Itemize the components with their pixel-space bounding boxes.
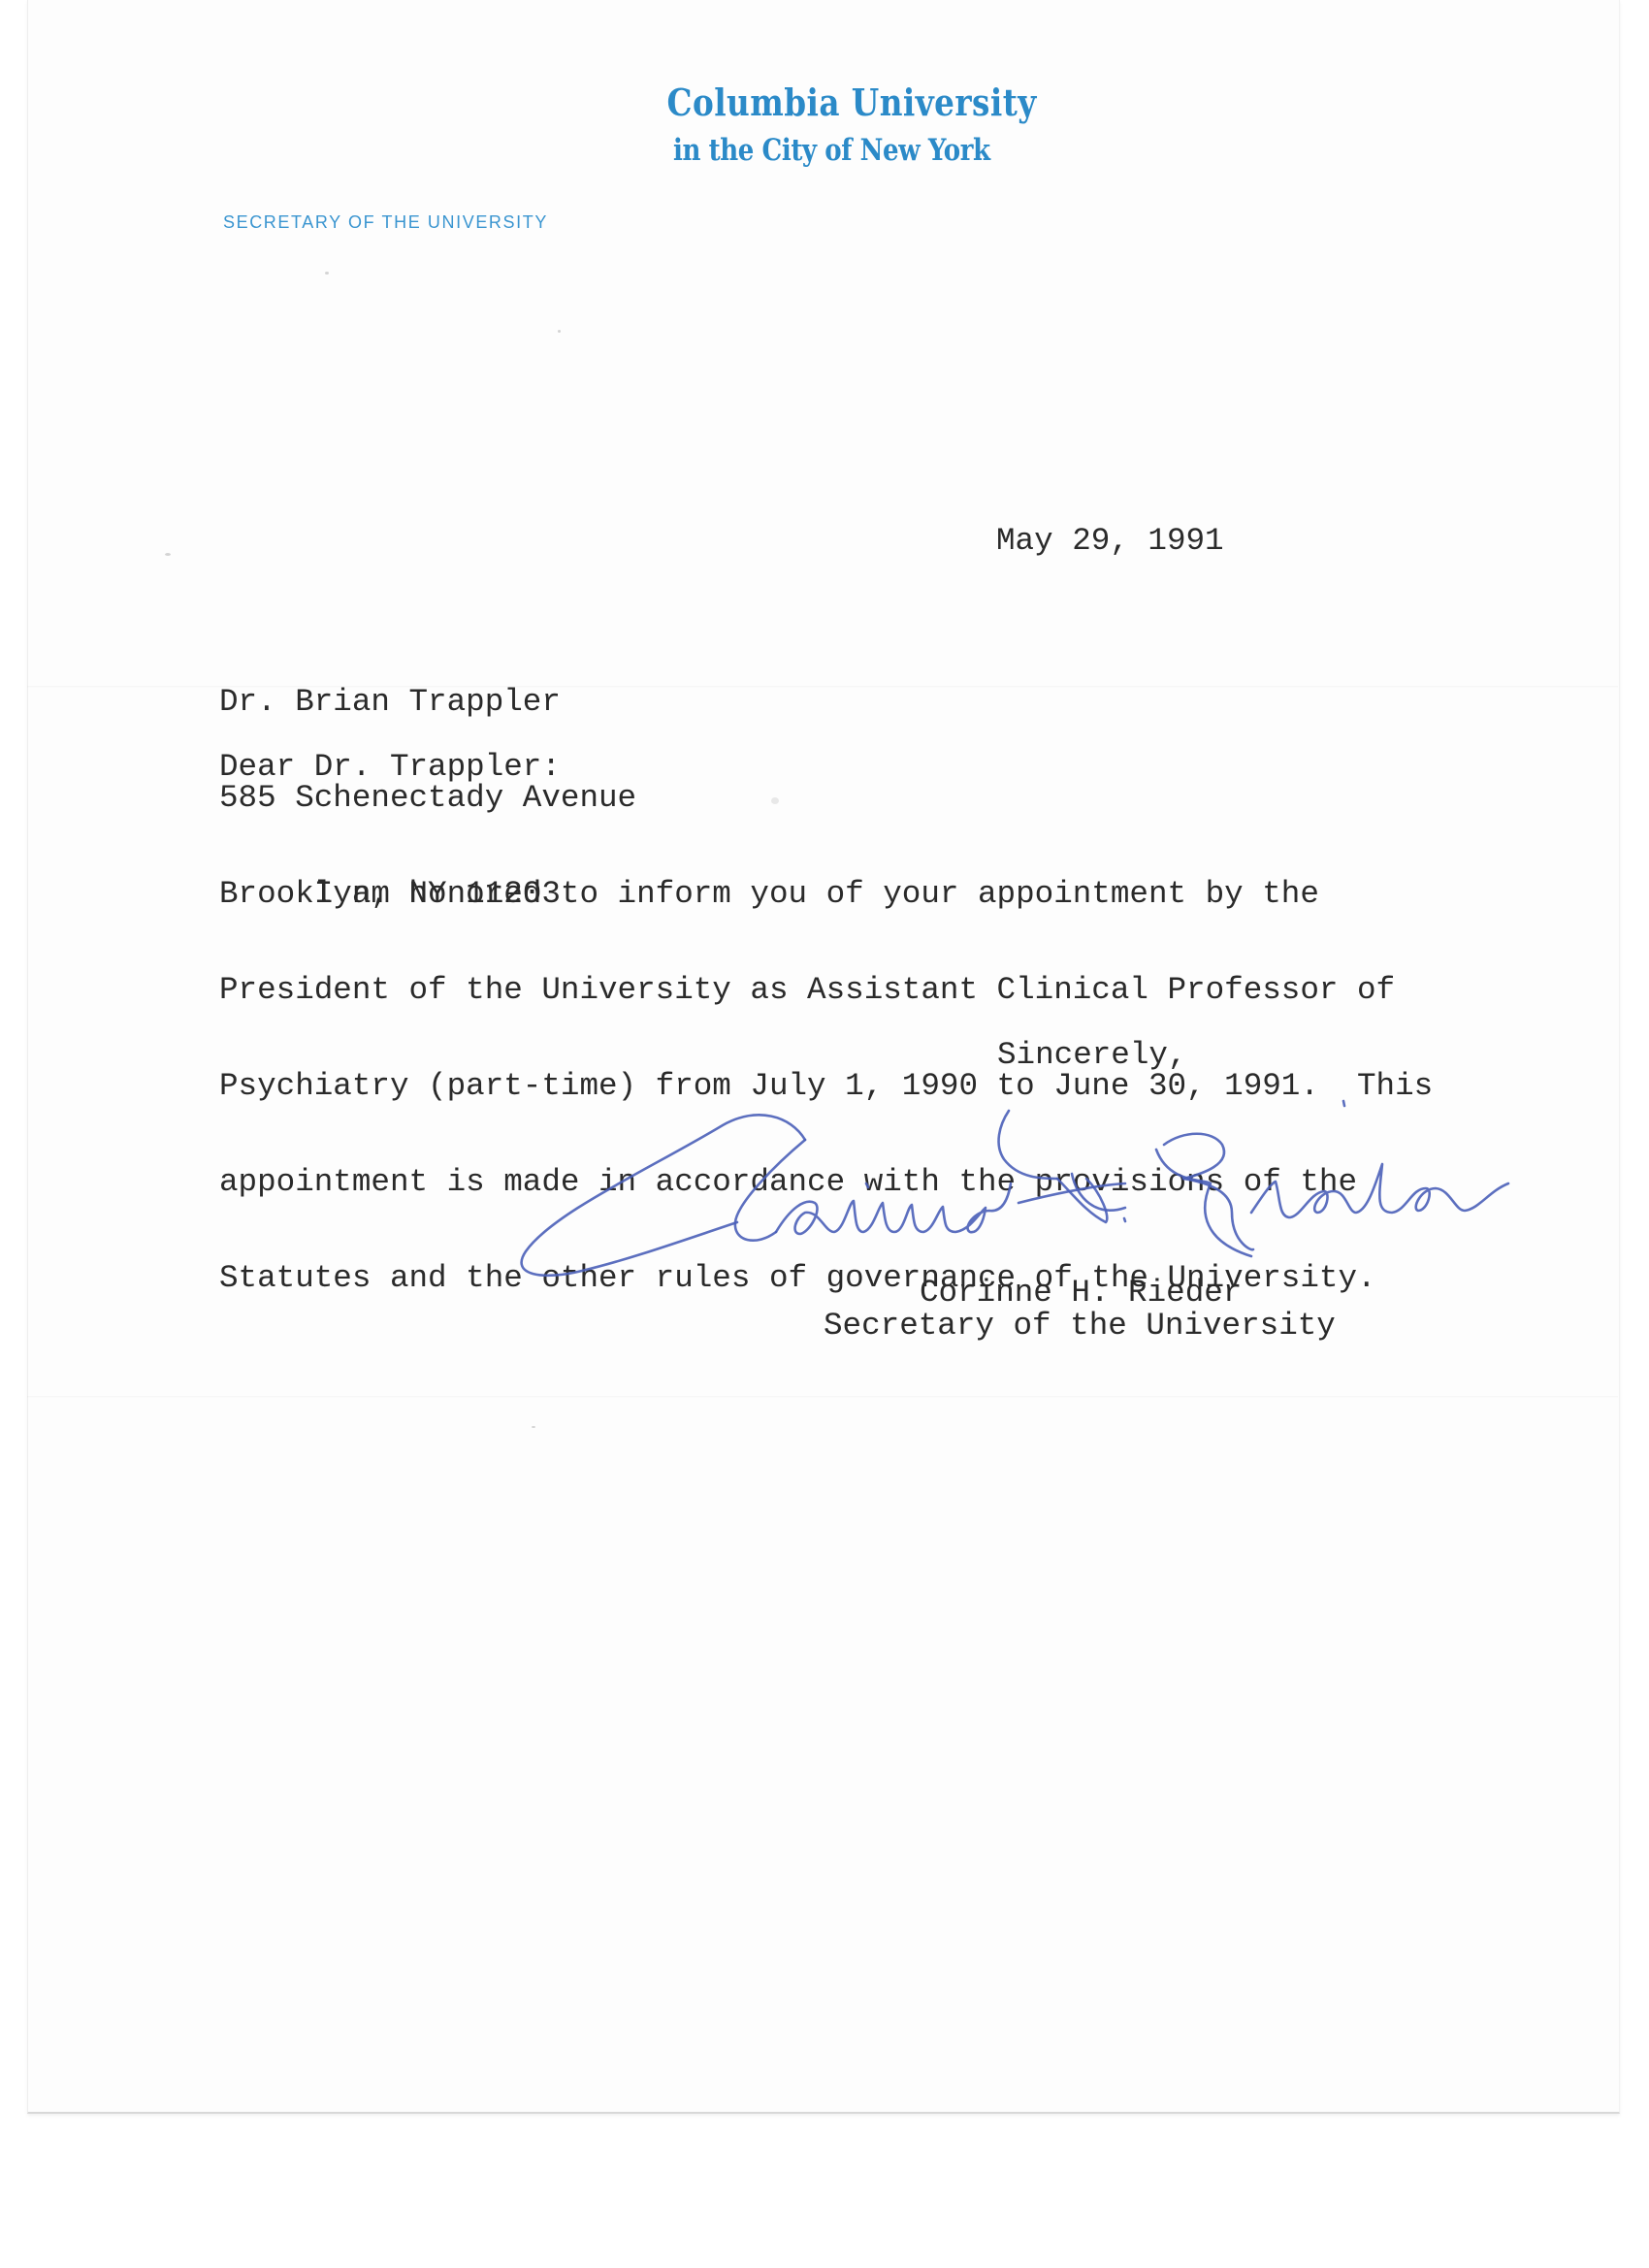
letterhead-location: in the City of New York [673, 132, 990, 169]
letter-date: May 29, 1991 [996, 525, 1224, 557]
scan-speck [532, 1426, 535, 1428]
body-line: President of the University as Assistant… [219, 974, 1433, 1006]
signatory-title: Secretary of the University [824, 1310, 1336, 1342]
letterhead-institution: Columbia University [650, 81, 1053, 124]
body-line: I am honored to inform you of your appoi… [219, 878, 1433, 910]
signatory-name: Corinne H. Rieder [920, 1277, 1242, 1309]
scan-speck [165, 553, 171, 556]
paper-fold-line [27, 1396, 1618, 1398]
scan-speck [558, 330, 561, 333]
letterhead-office: SECRETARY OF THE UNIVERSITY [223, 212, 548, 233]
recipient-street: 585 Schenectady Avenue [219, 782, 636, 814]
handwritten-signature [514, 1086, 1533, 1300]
salutation: Dear Dr. Trappler: [219, 751, 561, 783]
scan-speck [325, 272, 329, 275]
closing: Sincerely, [997, 1039, 1187, 1071]
scan-speck [771, 797, 779, 804]
recipient-name: Dr. Brian Trappler [219, 686, 636, 718]
